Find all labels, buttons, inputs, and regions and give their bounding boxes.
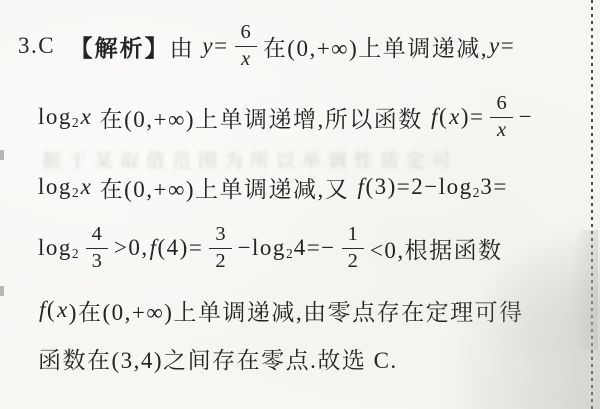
fraction: 43 (86, 223, 108, 273)
fraction-numerator: 1 (342, 223, 364, 249)
text-segment: )在(0,+∞)上单调递减,由零点存在定理可得 (69, 294, 524, 327)
text-segment: 由 (170, 30, 202, 63)
text-segment: = (214, 33, 228, 59)
fraction: 12 (342, 223, 364, 273)
fraction-denominator: x (491, 118, 512, 143)
solution-line-2: log2x 在(0,+∞)上单调递增,所以函数 f(x)=6x− (38, 89, 533, 145)
text-segment: ( (47, 297, 56, 323)
text-segment: − (519, 104, 533, 130)
page-perforation-dotted-line (591, 0, 593, 409)
text-segment: 2 (72, 246, 79, 262)
text-segment: 在(0,+∞)上单调递减, (263, 30, 488, 63)
fraction-denominator: x (235, 47, 256, 72)
fraction: 6x (490, 92, 512, 142)
paper-edge-mark (0, 150, 4, 160)
text-segment: 2 (473, 185, 480, 201)
text-segment: log (38, 104, 72, 130)
text-segment: = (501, 33, 515, 59)
text-segment: 在(0,+∞)上单调递增,所以函数 (92, 101, 430, 134)
text-segment: (3)=2−log (365, 174, 472, 200)
solution-line-3: log2x 在(0,+∞)上单调递减,又 f(3)=2−log23= (38, 159, 508, 215)
text-segment: f (149, 235, 158, 261)
text-segment: x (56, 297, 69, 323)
fraction-denominator: 2 (209, 249, 231, 274)
text-segment: 4=− (294, 235, 336, 261)
text-segment: ( (439, 104, 448, 130)
text-segment: <0,根据函数 (370, 232, 503, 265)
fraction-numerator: 3 (209, 223, 231, 249)
text-segment: 2 (72, 185, 79, 201)
fraction-numerator: 6 (490, 92, 512, 118)
fraction-numerator: 6 (235, 21, 257, 47)
text-segment: x (80, 174, 93, 200)
paper-edge-shadow (572, 230, 598, 350)
fraction-denominator: 2 (342, 249, 364, 274)
text-segment: log (38, 235, 72, 261)
paper-edge-mark (0, 286, 4, 296)
text-segment: 3.C (18, 33, 70, 59)
text-segment: )= (461, 104, 485, 130)
solution-line-1: 3.C 【解析】由 y=6x在(0,+∞)上单调递减,y= (18, 18, 515, 74)
solution-line-6: 函数在(3,4)之间存在零点.故选 C. (38, 330, 398, 386)
textbook-answer-page: 据于某取值范围为所以单调性质定可 3.C 【解析】由 y=6x在(0,+∞)上单… (0, 0, 600, 409)
fraction-numerator: 4 (86, 223, 108, 249)
text-segment: f (357, 174, 366, 200)
solution-line-4: log243>0,f(4)=32−log24=−12<0,根据函数 (38, 220, 503, 276)
text-segment: 2 (286, 246, 293, 262)
text-segment: 3= (480, 174, 507, 200)
text-segment: f (38, 297, 47, 323)
text-segment: 【解析】 (70, 30, 170, 63)
text-segment: 2 (72, 115, 79, 131)
text-segment: x (448, 104, 461, 130)
text-segment: y (201, 33, 214, 59)
text-segment: −log (238, 235, 286, 261)
text-segment: x (80, 104, 93, 130)
text-segment: y (488, 33, 501, 59)
text-segment: >0, (114, 235, 149, 261)
text-segment: 在(0,+∞)上单调递减,又 (92, 171, 356, 204)
text-segment: log (38, 174, 72, 200)
fraction: 6x (235, 21, 257, 71)
text-segment: 函数在(3,4)之间存在零点.故选 C. (38, 342, 398, 375)
text-segment: f (430, 104, 439, 130)
text-segment: (4)= (158, 235, 204, 261)
fraction: 32 (209, 223, 231, 273)
fraction-denominator: 3 (86, 249, 108, 274)
